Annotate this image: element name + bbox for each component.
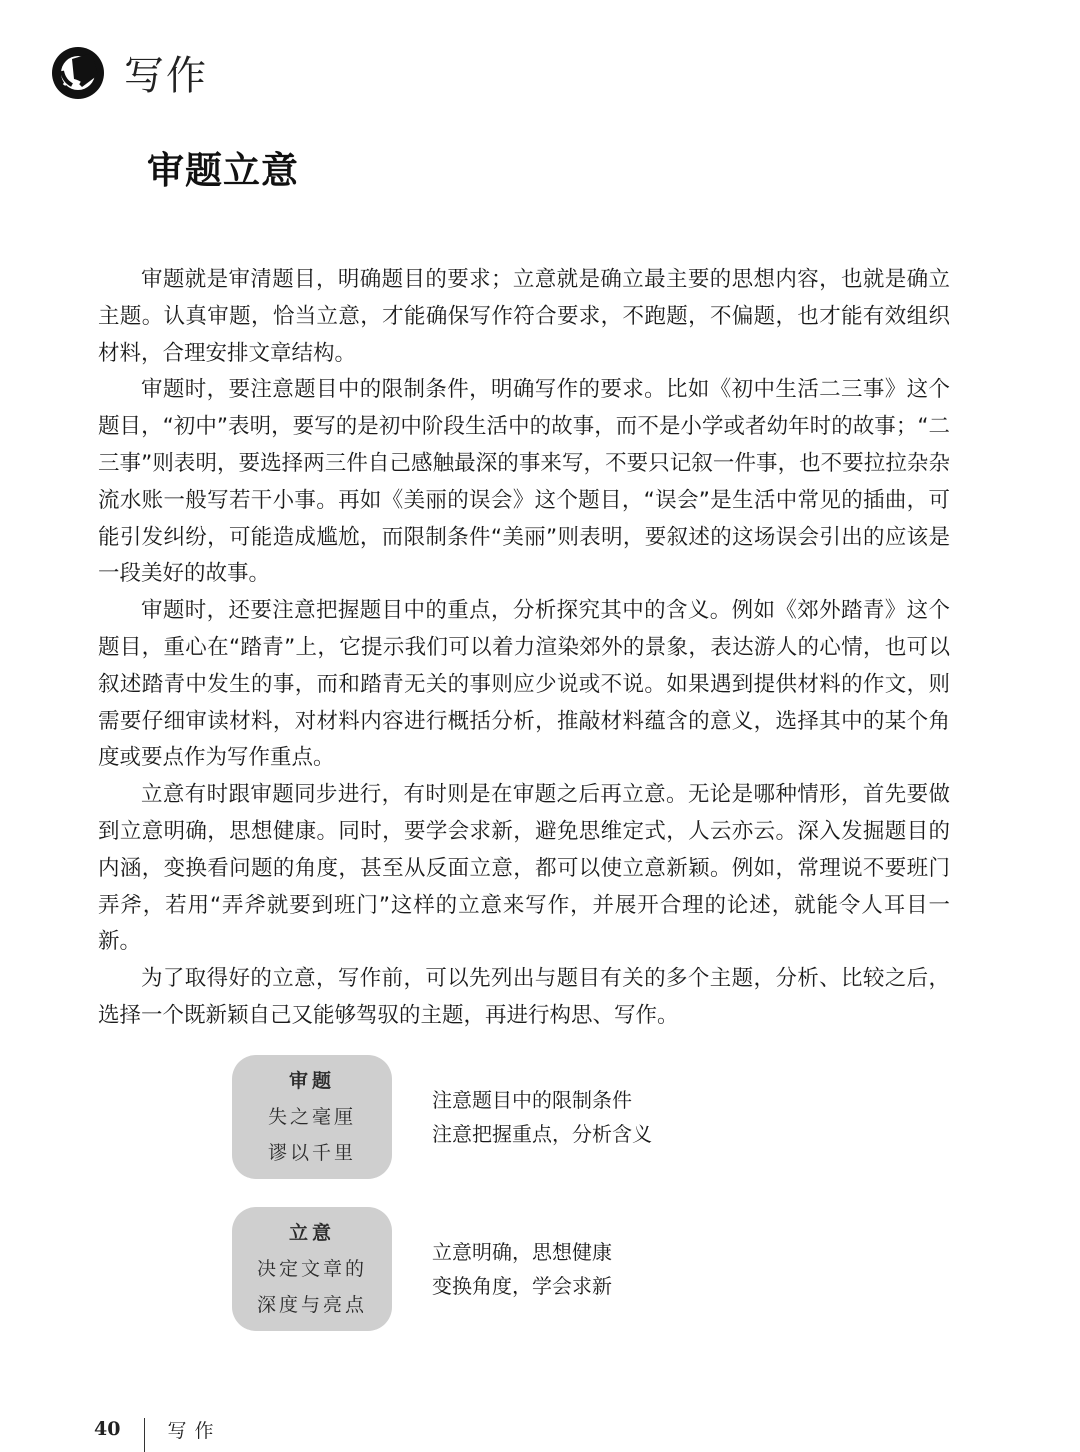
concept-notes-liyi: 立意明确，思想健康 变换角度，学会求新: [432, 1235, 612, 1303]
diagram-row-shenti: 审题 失之毫厘 谬以千里 注意题目中的限制条件 注意把握重点，分析含义: [232, 1055, 652, 1179]
note-line: 注意题目中的限制条件: [432, 1083, 652, 1117]
concept-notes-shenti: 注意题目中的限制条件 注意把握重点，分析含义: [432, 1083, 652, 1151]
concept-box-liyi: 立意 决定文章的 深度与亮点: [232, 1207, 392, 1331]
paragraph: 审题时，还要注意把握题目中的重点，分析探究其中的含义。例如《郊外踏青》这个题目，…: [98, 593, 950, 777]
paragraph: 为了取得好的立意，写作前，可以先列出与题目有关的多个主题，分析、比较之后，选择一…: [98, 961, 950, 1035]
chapter-header: 写作: [50, 44, 208, 101]
note-line: 立意明确，思想健康: [432, 1235, 612, 1269]
body-text: 审题就是审清题目，明确题目的要求；立意就是确立最主要的思想内容，也就是确立主题。…: [98, 262, 950, 1035]
box-title: 立意: [289, 1215, 335, 1251]
diagram-row-liyi: 立意 决定文章的 深度与亮点 立意明确，思想健康 变换角度，学会求新: [232, 1207, 612, 1331]
box-line: 谬以千里: [268, 1135, 356, 1171]
page-footer: 40 写作: [94, 1412, 221, 1446]
section-title: 审题立意: [147, 140, 299, 194]
page-number: 40: [94, 1418, 120, 1440]
paragraph: 立意有时跟审题同步进行，有时则是在审题之后再立意。无论是哪种情形，首先要做到立意…: [98, 777, 950, 961]
note-line: 注意把握重点，分析含义: [432, 1117, 652, 1151]
paragraph: 审题就是审清题目，明确题目的要求；立意就是确立最主要的思想内容，也就是确立主题。…: [98, 262, 950, 372]
paragraph: 审题时，要注意题目中的限制条件，明确写作的要求。比如《初中生活二三事》这个题目，…: [98, 372, 950, 593]
footer-divider: [144, 1418, 145, 1452]
box-line: 失之毫厘: [268, 1099, 356, 1135]
chapter-title: 写作: [124, 44, 208, 101]
note-line: 变换角度，学会求新: [432, 1269, 612, 1303]
footer-chapter: 写作: [167, 1416, 221, 1443]
pen-writing-icon: [50, 45, 106, 101]
box-line: 深度与亮点: [257, 1287, 367, 1323]
box-title: 审题: [289, 1063, 335, 1099]
concept-box-shenti: 审题 失之毫厘 谬以千里: [232, 1055, 392, 1179]
box-line: 决定文章的: [257, 1251, 367, 1287]
